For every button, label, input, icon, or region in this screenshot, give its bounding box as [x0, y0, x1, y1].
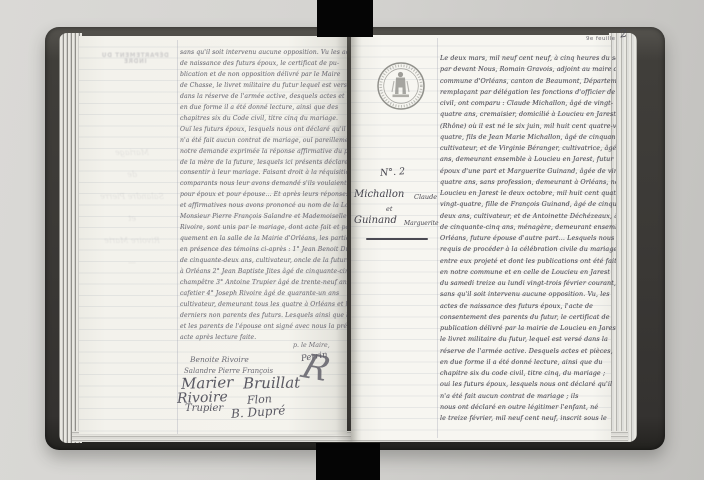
handwritten-line: époux d'une part et Marguerite Guinand, … — [440, 166, 616, 177]
handwritten-line: et affirmatives nous avons prononcé au n… — [180, 201, 347, 212]
annotation-underline — [366, 238, 428, 240]
handwritten-line: en notre commune et en celle de Loucieu … — [440, 267, 616, 278]
handwritten-line: sans qu'il soit intervenu aucune opposit… — [440, 289, 616, 300]
left-margin-rule — [177, 40, 178, 434]
handwritten-line: (Rhône) où il est né le six juin, mil hu… — [440, 121, 616, 132]
handwritten-line: publication délivré par la mairie de Lou… — [440, 323, 616, 334]
handwritten-line: Le deux mars, mil neuf cent neuf, à cinq… — [440, 53, 616, 64]
revenue-stamp-icon — [376, 61, 426, 111]
handwritten-line: deux ans, cultivateur, et de Antoinette … — [440, 211, 616, 222]
handwritten-line: quatre, fils de Jean Marie Michallon, âg… — [440, 132, 616, 143]
handwritten-line: notre demande exprimée la réponse affirm… — [180, 147, 347, 158]
handwritten-line: civil, ont comparu : Claude Michallon, â… — [440, 98, 616, 109]
handwritten-line: en présence des témoins ci-après : 1° Je… — [180, 245, 347, 256]
scanner-clamp-top — [317, 0, 373, 37]
handwritten-line: remplaçant par délégation les fonctions … — [440, 87, 616, 98]
right-page-text: Le deux mars, mil neuf cent neuf, à cinq… — [440, 53, 616, 431]
handwritten-line: Loucieu en Jarest le deux octobre, mil h… — [440, 188, 616, 199]
handwritten-line: cultivateur, et de Virginie Béranger, cu… — [440, 143, 616, 154]
handwritten-line: de cinquante-cinq ans, ménagère, demeura… — [440, 222, 616, 233]
handwritten-line: Mariage — [88, 148, 176, 157]
handwritten-line: de la mère de la future, lesquels ici pr… — [180, 158, 347, 169]
handwritten-line: sans qu'il soit intervenu aucune opposit… — [180, 48, 347, 59]
handwritten-line: oui les futurs époux, lesquels nous ont … — [440, 379, 616, 390]
handwritten-line: réserve de l'armée active. Desquels acte… — [440, 346, 616, 357]
left-page-text: sans qu'il soit intervenu aucune opposit… — [180, 48, 347, 350]
handwritten-line: en due forme il a été donné lecture, ain… — [180, 103, 347, 114]
handwritten-line: blication et de non opposition délivré p… — [180, 70, 347, 81]
handwritten-line: derniers non parents des futurs. Lesquel… — [180, 311, 347, 322]
handwritten-line: n'a été fait aucun contrat de mariage ; … — [440, 391, 616, 402]
sheet-label: 9e feuille — [586, 36, 615, 42]
handwritten-line: chapitres six du Code civil, titre cinq … — [180, 114, 347, 125]
handwritten-line: quement en la salle de la Mairie d'Orléa… — [180, 234, 347, 245]
handwritten-line: requis de procéder à la célébration civi… — [440, 244, 616, 255]
handwritten-line: Ouï les futurs époux, lesquels nous ont … — [180, 125, 347, 136]
conjunction-et: et — [386, 205, 392, 213]
handwritten-line: de Chasse, le livret militaire du futur … — [180, 81, 347, 92]
groom-surname: Michallon — [354, 189, 404, 200]
handwritten-line: n'a été fait aucun contrat de mariage, o… — [180, 136, 347, 147]
handwritten-line: nous ont déclaré en outre légitimer l'en… — [440, 402, 616, 413]
handwritten-line: quatre ans, sans profession, demeurant à… — [440, 177, 616, 188]
handwritten-line: par devant Nous, Romain Gravois, adjoint… — [440, 64, 616, 75]
act-number: N°. 2 — [380, 166, 406, 179]
handwritten-line: quatre ans, cremaisier, domicilié à Louc… — [440, 109, 616, 120]
groom-firstname: Claude — [414, 193, 437, 201]
signature: Trupier — [185, 403, 223, 414]
handwritten-line: Orléans, future épouse d'autre part... L… — [440, 233, 616, 244]
handwritten-line: pour époux et pour épouse... Et après le… — [180, 190, 347, 201]
handwritten-line: champêtre 3° Antoine Trupier âgé de tren… — [180, 278, 347, 289]
handwritten-line: dans la réserve de l'armée active, desqu… — [180, 92, 347, 103]
handwritten-line: actes de naissance des futurs époux, l'a… — [440, 301, 616, 312]
handwritten-line: le livret militaire du futur, lequel est… — [440, 334, 616, 345]
handwritten-line: entre eux projeté et dont les publicatio… — [440, 256, 616, 267]
act-margin-annotation: N°. 2 Michallon Claude et Guinand Margue… — [352, 163, 440, 247]
signature: Bruillat — [243, 374, 301, 393]
bride-firstname: Marguerite — [404, 220, 439, 227]
handwritten-line: Rivoire, sont unis par le mariage, dont … — [180, 223, 347, 234]
handwritten-line: Salandre Pierre — [88, 192, 176, 201]
handwritten-line: de naissance des futurs époux, le certif… — [180, 59, 347, 70]
handwritten-line: en due forme il a été donné lecture, ain… — [440, 357, 616, 368]
handwritten-line: et — [88, 214, 176, 223]
handwritten-line: Monsieur Pierre François Salandre et Mad… — [180, 212, 347, 223]
handwritten-line: consentement des parents du futur, le ce… — [440, 312, 616, 323]
handwritten-line: de cinquante-deux ans, cultivateur, oncl… — [180, 256, 347, 267]
handwritten-line: à Orléans 2° Jean Baptiste Jites âgé de … — [180, 267, 347, 278]
handwritten-line: — — [88, 258, 176, 267]
handwritten-line: commune d'Orléans, canton de Beaumont, D… — [440, 76, 616, 87]
handwritten-line: le treize février, mil neuf cent neuf, i… — [440, 413, 616, 424]
handwritten-line: cultivateur, demeurant tous les quatre à… — [180, 300, 347, 311]
handwritten-line: ans, demeurant ensemble à Loucieu en Jar… — [440, 154, 616, 165]
handwritten-line: comparants nous leur avons demandé s'ils… — [180, 179, 347, 190]
handwritten-line: cafetier 4° Joseph Rivoire âgé de quaran… — [180, 289, 347, 300]
archive-scan-photo: DÉPARTEMENT DU INDRE MariagedeSalandre P… — [0, 0, 704, 480]
scanner-clamp-bottom — [316, 443, 380, 480]
bleed-through-header: DÉPARTEMENT DU INDRE — [92, 53, 178, 65]
handwritten-line: chapitre six du code civil, titre cinq, … — [440, 368, 616, 379]
handwritten-line: vingt-quatre, fille de François Guinand,… — [440, 199, 616, 210]
handwritten-line: consentir à leur mariage. Faisant droit … — [180, 168, 347, 179]
handwritten-line: du samedi treize au lundi vingt-trois fé… — [440, 278, 616, 289]
bleed-through-text: MariagedeSalandre PierreetRivoire Marie— — [88, 148, 176, 267]
handwritten-line: de — [88, 170, 176, 179]
handwritten-line: Rivoire Marie — [88, 236, 176, 245]
handwritten-line: et les parents de l'épouse ont signé ave… — [180, 322, 347, 333]
signature: Benoite Rivoire — [190, 355, 249, 364]
bride-surname: Guinand — [354, 215, 397, 226]
